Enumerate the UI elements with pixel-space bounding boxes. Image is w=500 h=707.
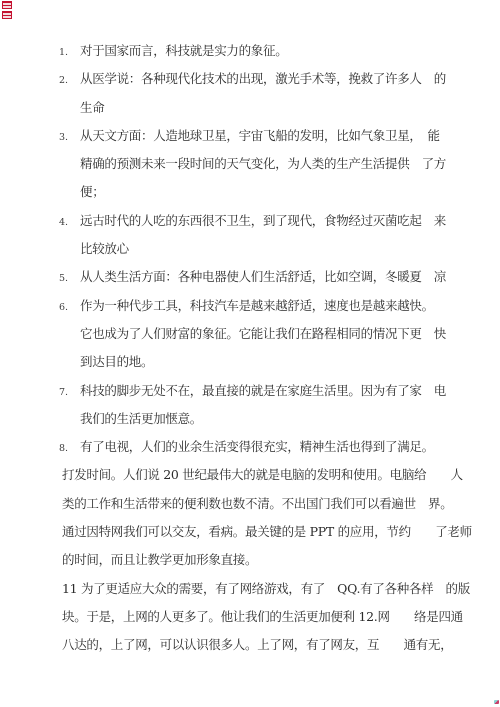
line-text: 的时间，而且让教学更加形象直接。 <box>62 552 257 567</box>
line-text: 通过因特网我们可以交友，看病。最关键的是 PPT 的应用，节约 了老师 <box>62 524 472 539</box>
text-line: 3.从天文方面：人造地球卫星，宇宙飞船的发明，比如气象卫星， 能 <box>0 122 500 150</box>
corner-speck-watermark <box>494 700 499 704</box>
list-item-number: 2. <box>59 67 80 95</box>
line-text: 作为一种代步工具，科技汽车是越来越舒适，速度也是越来越快。 <box>80 298 434 313</box>
text-line: 7.科技的脚步无处不在，最直接的就是在家庭生活里。因为有了家 电 <box>0 377 500 405</box>
text-line: 通过因特网我们可以交友，看病。最关键的是 PPT 的应用，节约 了老师 <box>0 518 500 546</box>
line-text: 比较放心 <box>80 241 129 256</box>
line-text: 类的工作和生活带来的便利数也数不清。不出国门我们可以看遍世 界。 <box>62 496 452 511</box>
list-item-number: 4. <box>59 209 80 237</box>
text-line: 11 为了更适应大众的需要，有了网络游戏，有了 QQ.有了各种各样 的版 <box>0 575 500 603</box>
text-line: 生命 <box>0 94 500 122</box>
text-line: 2.从医学说：各种现代化技术的出现，激光手术等，挽救了许多人 的 <box>0 65 500 93</box>
document-page: 1.对于国家而言，科技就是实力的象征。2.从医学说：各种现代化技术的出现，激光手… <box>0 0 500 707</box>
list-item-number: 8. <box>59 435 80 463</box>
line-text: 11 为了更适应大众的需要，有了网络游戏，有了 QQ.有了各种各样 的版 <box>62 581 470 596</box>
text-line: 1.对于国家而言，科技就是实力的象征。 <box>0 37 500 65</box>
list-item-number: 1. <box>59 39 80 67</box>
line-text: 从天文方面：人造地球卫星，宇宙飞船的发明，比如气象卫星， 能 <box>80 128 440 143</box>
stamp-glyph-icon <box>2 1 12 9</box>
screenshot-root: { "page": { "width": 500, "height": 707,… <box>0 0 500 707</box>
text-line: 到达目的地。 <box>0 348 500 376</box>
text-line: 4.远古时代的人吃的东西很不卫生，到了现代，食物经过灭菌吃起 来 <box>0 207 500 235</box>
line-text: 到达目的地。 <box>80 354 153 369</box>
line-text: 打发时间。人们说 20 世纪最伟大的就是电脑的发明和使用。电脑给 人 <box>62 467 463 482</box>
stamp-glyph-icon <box>2 11 12 19</box>
list-item-number: 6. <box>59 294 80 322</box>
text-line: 类的工作和生活带来的便利数也数不清。不出国门我们可以看遍世 界。 <box>0 490 500 518</box>
text-line: 八达的，上了网，可以认识很多人。上了网，有了网友，互 通有无， <box>0 631 500 659</box>
text-line: 8.有了电视，人们的业余生活变得很充实，精神生活也得到了满足。 <box>0 433 500 461</box>
line-text: 它也成为了人们财富的象征。它能让我们在路程相同的情况下更 快 <box>80 326 446 341</box>
text-line: 它也成为了人们财富的象征。它能让我们在路程相同的情况下更 快 <box>0 320 500 348</box>
text-line: 的时间，而且让教学更加形象直接。 <box>0 546 500 574</box>
text-line: 打发时间。人们说 20 世纪最伟大的就是电脑的发明和使用。电脑给 人 <box>0 461 500 489</box>
list-item-number: 3. <box>59 124 80 152</box>
red-stamp-watermark <box>2 1 13 19</box>
line-text: 从医学说：各种现代化技术的出现，激光手术等，挽救了许多人 的 <box>80 71 446 86</box>
line-text: 有了电视，人们的业余生活变得很充实，精神生活也得到了满足。 <box>80 439 434 454</box>
line-text: 便； <box>80 184 104 199</box>
text-line: 块。于是，上网的人更多了。他让我们的生活更加便利 12.网 络是四通 <box>0 603 500 631</box>
line-text: 块。于是，上网的人更多了。他让我们的生活更加便利 12.网 络是四通 <box>62 609 463 624</box>
text-line: 5.从人类生活方面：各种电器使人们生活舒适，比如空调，冬暖夏 凉 <box>0 263 500 291</box>
text-line: 精确的预测未来一段时间的天气变化，为人类的生产生活提供 了方 <box>0 150 500 178</box>
line-text: 从人类生活方面：各种电器使人们生活舒适，比如空调，冬暖夏 凉 <box>80 269 446 284</box>
text-line: 比较放心 <box>0 235 500 263</box>
line-text: 八达的，上了网，可以认识很多人。上了网，有了网友，互 通有无， <box>62 637 452 652</box>
text-line: 6.作为一种代步工具，科技汽车是越来越舒适，速度也是越来越快。 <box>0 292 500 320</box>
line-text: 生命 <box>80 100 104 115</box>
list-item-number: 5. <box>59 265 80 293</box>
line-text: 精确的预测未来一段时间的天气变化，为人类的生产生活提供 了方 <box>80 156 446 171</box>
text-line: 我们的生活更加惬意。 <box>0 405 500 433</box>
document-content: 1.对于国家而言，科技就是实力的象征。2.从医学说：各种现代化技术的出现，激光手… <box>0 37 500 660</box>
text-line: 便； <box>0 178 500 206</box>
line-text: 对于国家而言，科技就是实力的象征。 <box>80 43 287 58</box>
line-text: 远古时代的人吃的东西很不卫生，到了现代，食物经过灭菌吃起 来 <box>80 213 446 228</box>
line-text: 我们的生活更加惬意。 <box>80 411 202 426</box>
list-item-number: 7. <box>59 379 80 407</box>
line-text: 科技的脚步无处不在，最直接的就是在家庭生活里。因为有了家 电 <box>80 383 446 398</box>
